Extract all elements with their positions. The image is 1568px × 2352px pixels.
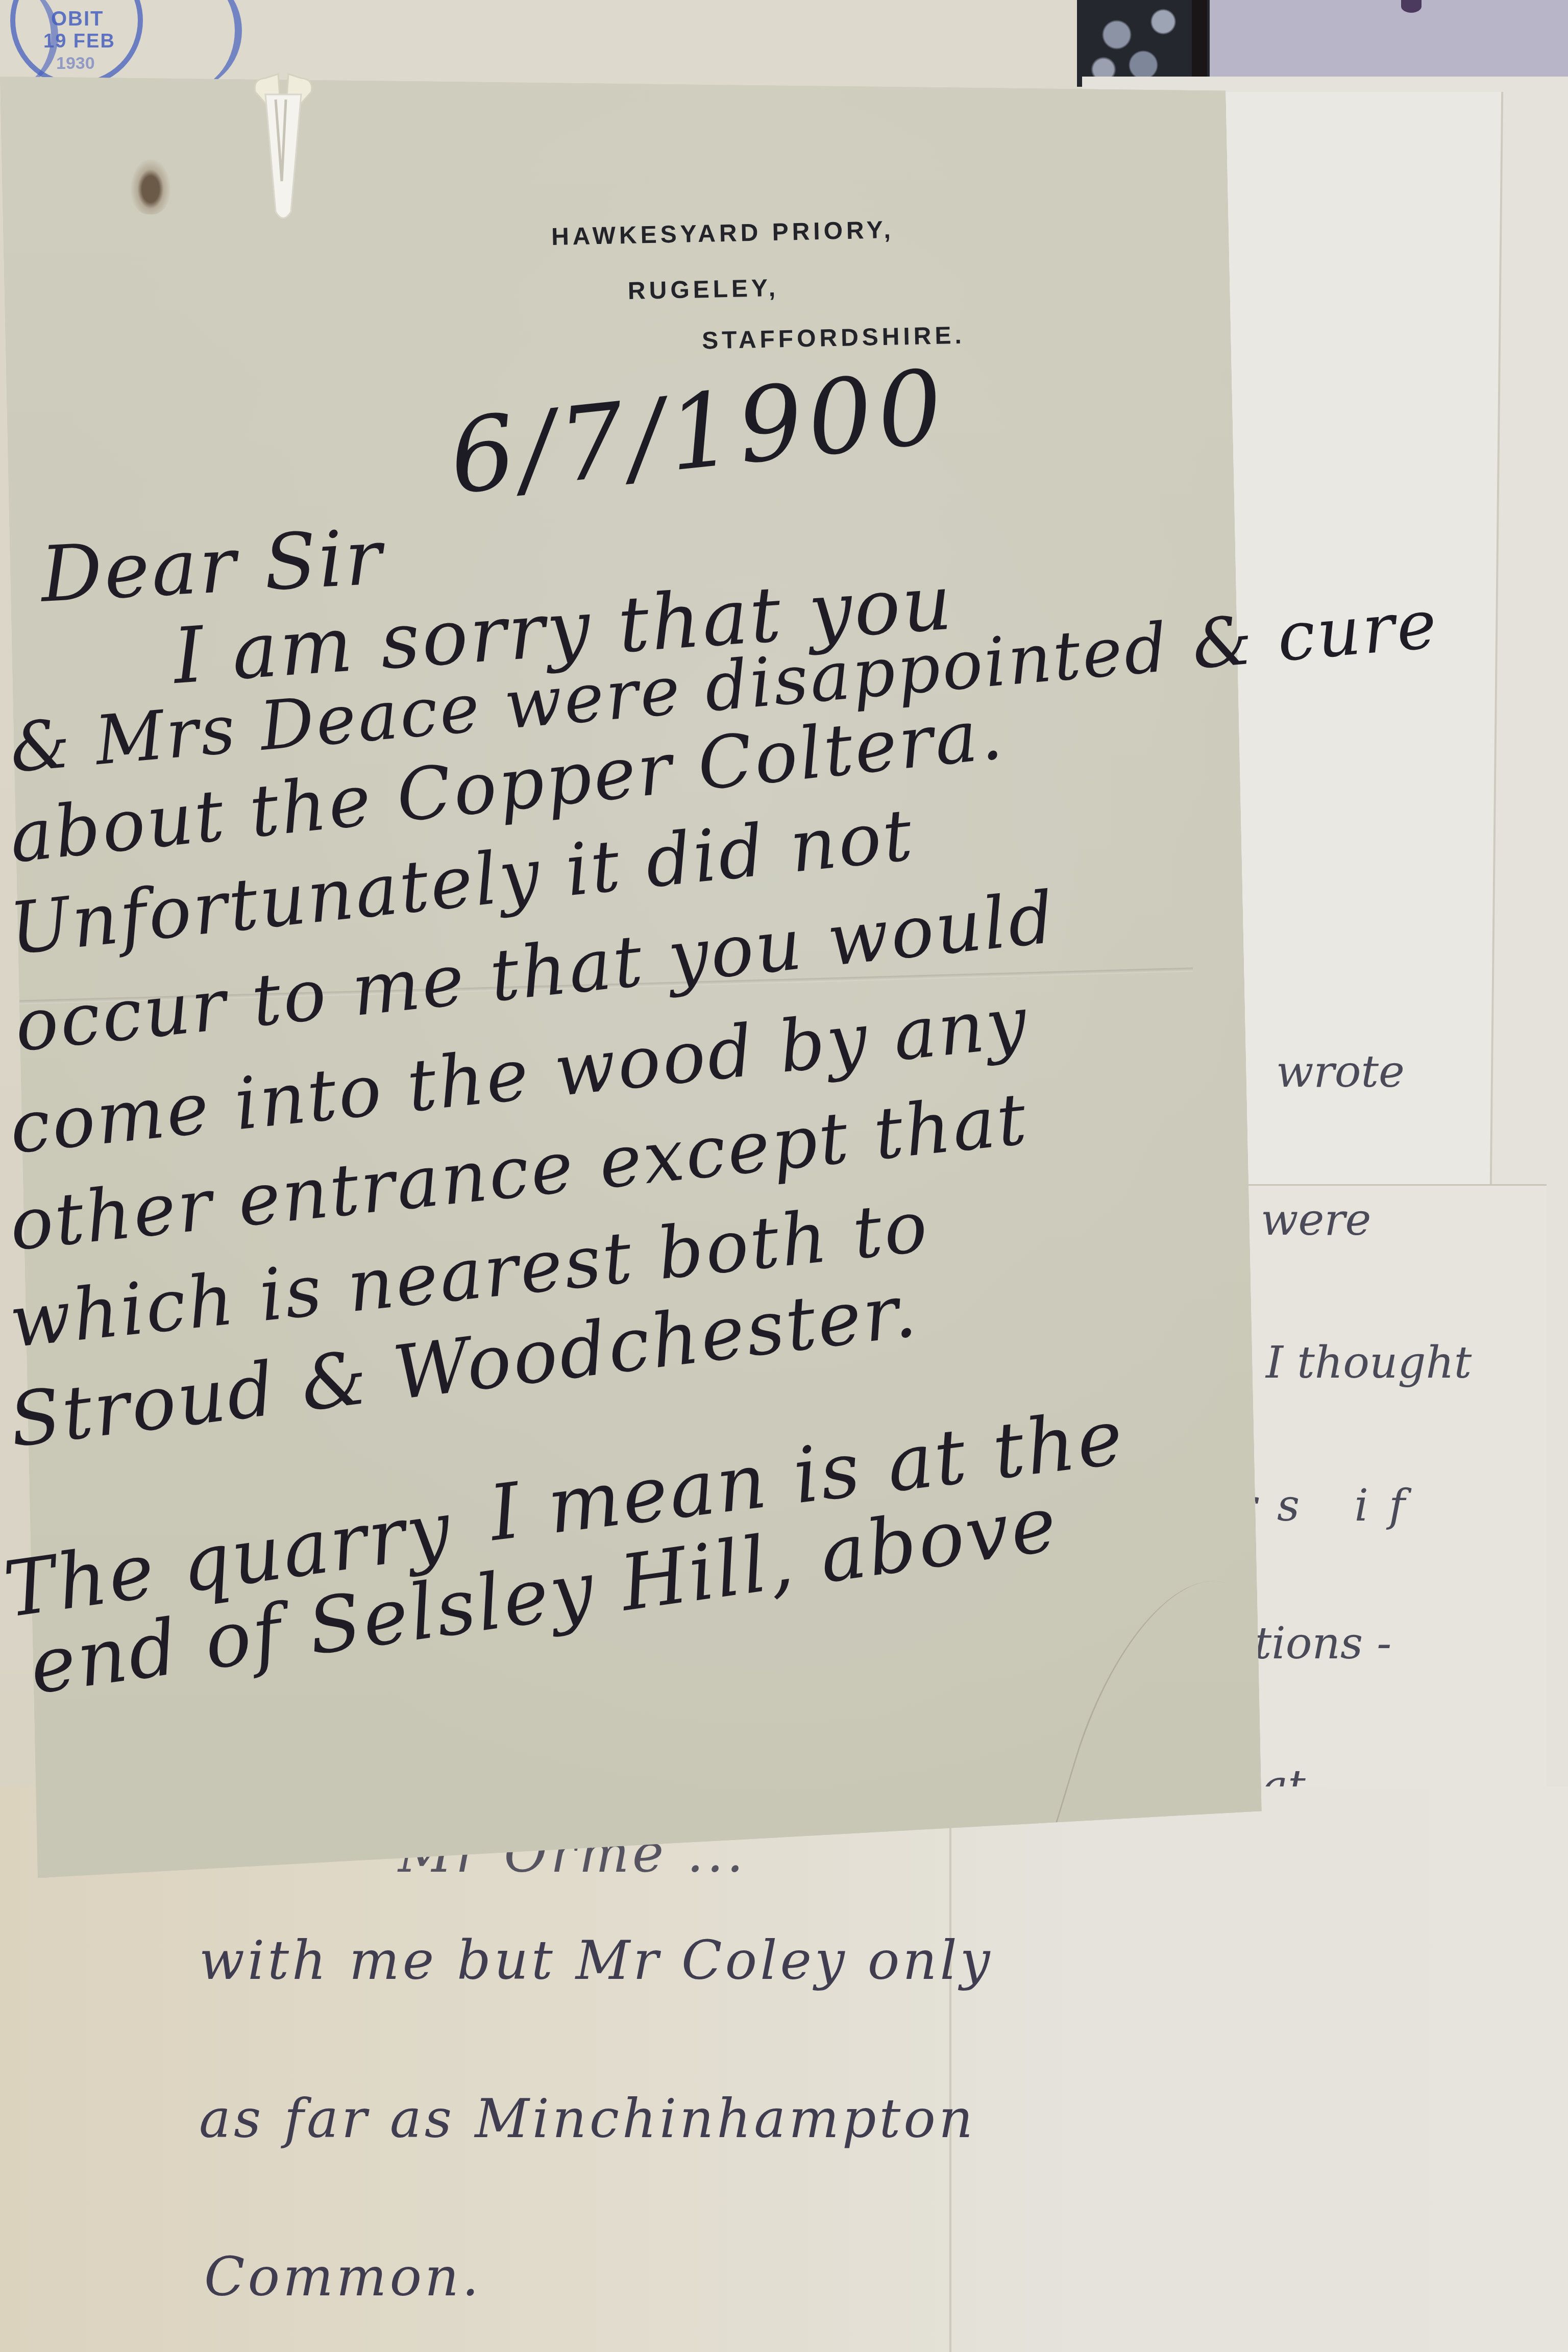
postmark-line-3: 1930 bbox=[56, 54, 95, 73]
back-letter-fragment: I thought bbox=[1266, 1337, 1472, 1388]
photograph-frame-edge bbox=[1192, 0, 1207, 82]
back-letter-fragment: were bbox=[1261, 1194, 1371, 1245]
under-letter-line: with me but Mr Coley only bbox=[199, 1929, 993, 1992]
postmark-line-2: 19 FEB bbox=[43, 31, 115, 53]
letterhead-line-2: RUGELEY, bbox=[627, 274, 779, 305]
plastic-clip-icon bbox=[250, 64, 316, 227]
under-letter-fold bbox=[949, 1786, 951, 2352]
under-letter-line: as far as Minchinhampton bbox=[199, 2088, 976, 2150]
flower-decoration-icon bbox=[1401, 0, 1422, 13]
under-letter-line: Common. bbox=[204, 2246, 482, 2308]
postmark-line-1: OBIT bbox=[51, 8, 104, 31]
back-letter-fragment: wrote bbox=[1276, 1046, 1405, 1097]
lavender-card bbox=[1210, 0, 1568, 82]
document-scene: OBIT 19 FEB 1930 S, NHAM. wrote were I t… bbox=[0, 0, 1568, 2352]
punch-hole bbox=[130, 158, 171, 214]
postmark-ring-right bbox=[163, 0, 242, 92]
photograph-print bbox=[1077, 0, 1210, 87]
